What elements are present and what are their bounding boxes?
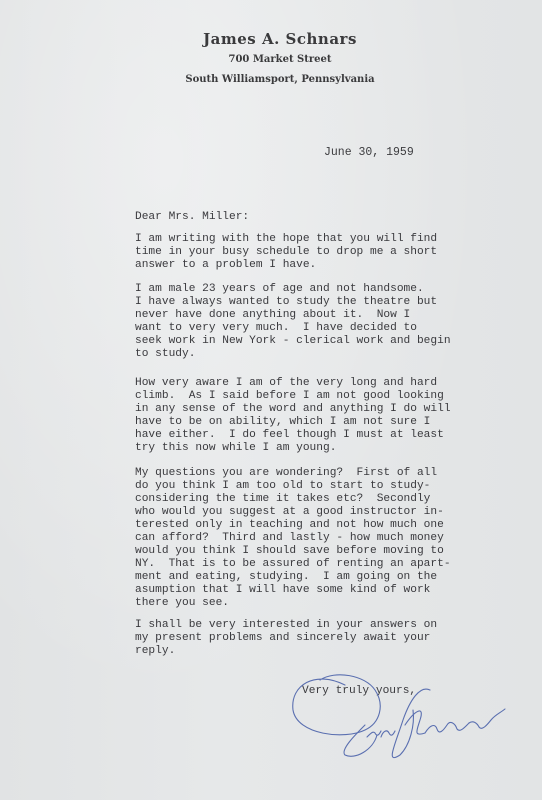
letterhead-city: South Williamsport, Pennsylvania [170,74,390,85]
paragraph-1: I am writing with the hope that you will… [135,233,535,272]
text-line: asumption that I will have some kind of … [135,584,535,597]
text-line: considering the time it takes etc? Secon… [135,493,535,506]
letter-date: June 30, 1959 [324,146,414,159]
text-line: try this now while I am young. [135,442,535,455]
paragraph-2: I am male 23 years of age and not handso… [135,283,535,361]
text-line: My questions you are wondering? First of… [135,467,535,480]
text-line: to study. [135,348,535,361]
text-line: time in your busy schedule to drop me a … [135,246,535,259]
text-line: can afford? Third and lastly - how much … [135,532,535,545]
text-line: climb. As I said before I am not good lo… [135,390,535,403]
text-line: I have always wanted to study the theatr… [135,296,535,309]
text-line: never have done anything about it. Now I [135,309,535,322]
text-line: NY. That is to be assured of renting an … [135,558,535,571]
text-line: would you think I should save before mov… [135,545,535,558]
text-line: answer to a problem I have. [135,259,535,272]
text-line: How very aware I am of the very long and… [135,377,535,390]
paragraph-3: How very aware I am of the very long and… [135,377,535,455]
text-line: do you think I am too old to start to st… [135,480,535,493]
text-line: my present problems and sincerely await … [135,632,535,645]
text-line: want to very very much. I have decided t… [135,322,535,335]
paragraph-4: My questions you are wondering? First of… [135,467,535,610]
text-line: I am male 23 years of age and not handso… [135,283,535,296]
text-line: I shall be very interested in your answe… [135,619,535,632]
text-line: who would you suggest at a good instruct… [135,506,535,519]
letterhead-street: 700 Market Street [170,54,390,65]
text-line: terested only in teaching and not how mu… [135,519,535,532]
text-line: have either. I do feel though I must at … [135,429,535,442]
text-line: I am writing with the hope that you will… [135,233,535,246]
salutation: Dear Mrs. Miller: [135,211,535,224]
text-line: have to be on ability, which I am not su… [135,416,535,429]
handwritten-signature [285,665,535,775]
text-line: seek work in New York - clerical work an… [135,335,535,348]
text-line: in any sense of the word and anything I … [135,403,535,416]
letterhead-name: James A. Schnars [170,30,390,48]
text-line: ment and eating, studying. I am going on… [135,571,535,584]
paragraph-5: I shall be very interested in your answe… [135,619,535,658]
text-line: reply. [135,645,535,658]
text-line: there you see. [135,597,535,610]
